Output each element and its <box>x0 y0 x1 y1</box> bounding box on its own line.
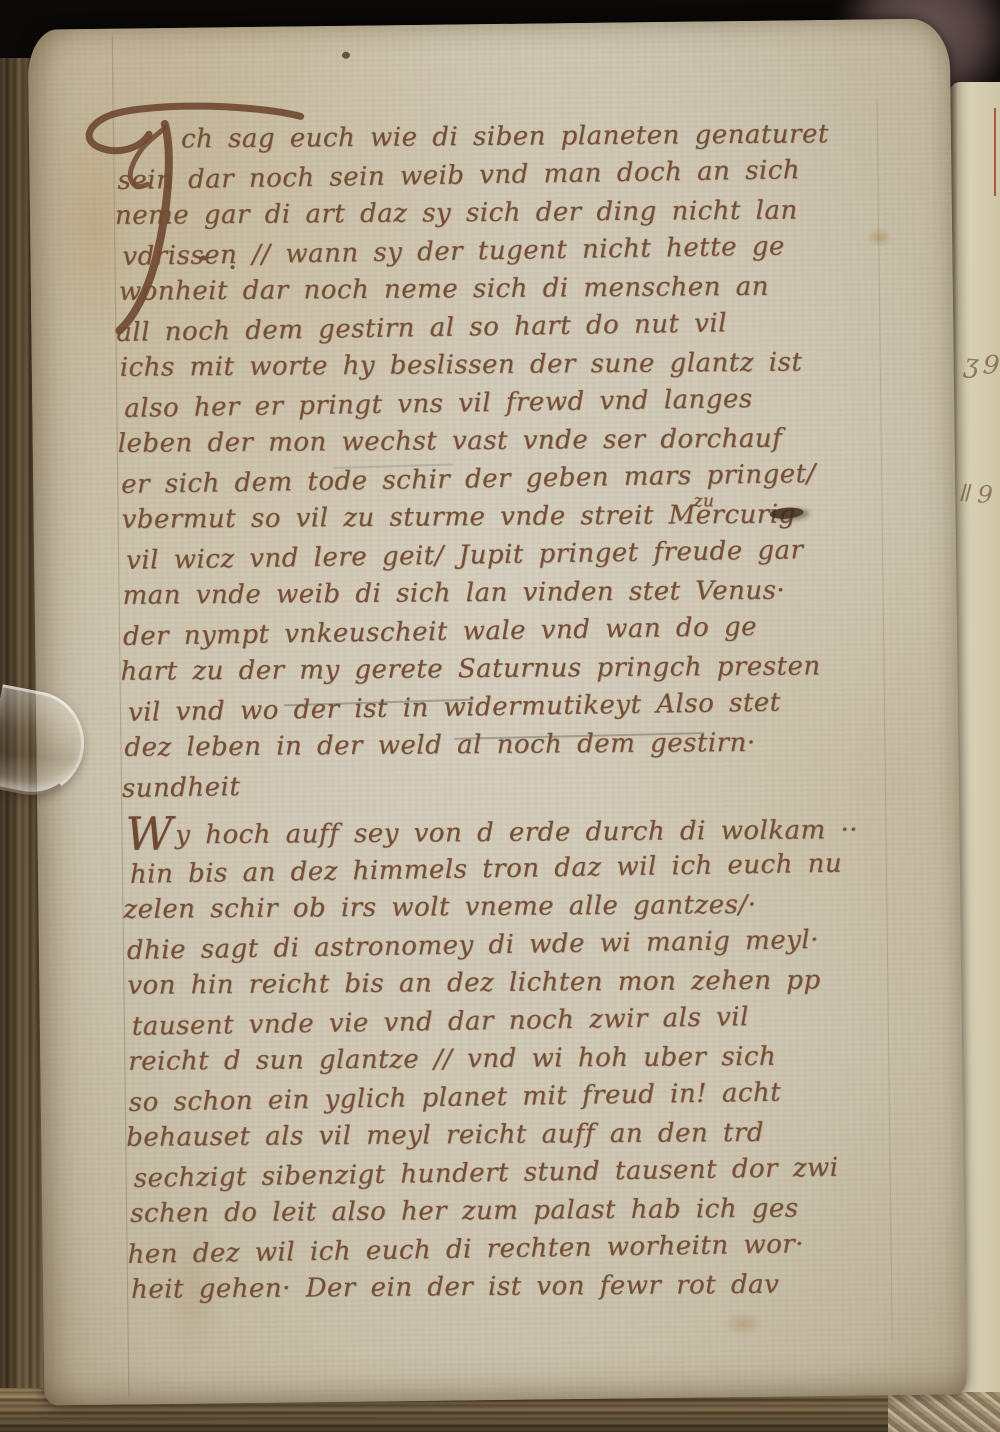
line-text: also her er pringt vns vil frewd vnd lan… <box>124 384 753 424</box>
line-text: schen do leit also her zum palast hab ic… <box>130 1194 799 1229</box>
line-text: hin bis an dez himmels tron daz wil ich … <box>130 849 843 890</box>
line-text: sechzigt sibenzigt hundert stund tausent… <box>133 1153 838 1194</box>
line-text: leben der mon wechst vast vnde ser dorch… <box>118 424 783 459</box>
line-text: dhie sagt di astronomey di wde wi manig … <box>127 925 819 966</box>
line-text: von hin reicht bis an dez lichten mon ze… <box>127 965 820 1000</box>
edge-ink-mark-lower: ǁ 9 <box>959 479 993 509</box>
line-text: ichs mit worte hy beslissen der sune gla… <box>120 348 803 383</box>
line-text: behauset als vil meyl reicht auff an den… <box>126 1118 764 1153</box>
line-text: all noch dem gestirn al so hart do nut v… <box>116 308 727 348</box>
initial-letter-W: W <box>125 806 173 860</box>
line-text: ch sag euch wie di siben planeten genatu… <box>181 119 829 154</box>
line-text: wonheit dar noch neme sich di menschen a… <box>119 272 769 307</box>
interlinear-addition: zu <box>693 482 714 520</box>
line-text: vil wicz vnd lere geit/ Jupit pringet fr… <box>126 535 804 576</box>
line-text: hen dez wil ich euch di rechten worheitn… <box>127 1229 804 1270</box>
manuscript-page: ch sag euch wie di siben planeten genatu… <box>28 18 967 1405</box>
line-text: man vnde weib di sich lan vinden stet Ve… <box>122 576 785 611</box>
line-text: der nympt vnkeuscheit wale vnd wan do ge <box>123 612 757 652</box>
line-text: heit gehen· Der ein der ist von fewr rot… <box>131 1270 779 1305</box>
line-text: vil vnd wo der ist in widermutikeyt Also… <box>128 688 781 728</box>
text-block: ch sag euch wie di siben planeten genatu… <box>117 113 903 1310</box>
line-text: vdrissen // wann sy der tugent nicht het… <box>122 231 785 271</box>
red-ruling-mark <box>994 108 996 196</box>
line-text: sein dar noch sein weib vnd man doch an … <box>117 155 800 196</box>
line-text: neme gar di art daz sy sich der ding nic… <box>115 196 798 231</box>
line-text: so schon ein yglich planet mit freud in!… <box>129 1078 782 1118</box>
line-text: hart zu der my gerete Saturnus pringch p… <box>120 651 820 686</box>
manuscript-photo: ʒ 9 ǁ 9 ch sag euch wie di siben planete… <box>0 0 1000 1432</box>
edge-ink-mark-upper: ʒ 9 <box>963 349 998 381</box>
ink-speck <box>342 52 350 59</box>
line-text: reicht d sun glantze // vnd wi hoh uber … <box>128 1042 776 1077</box>
line-text: zelen schir ob irs wolt vneme alle gantz… <box>123 890 756 925</box>
line-text: dez leben in der weld al noch dem gestir… <box>124 728 755 763</box>
line-text: tausent vnde vie vnd dar noch zwir als v… <box>132 1002 750 1042</box>
manuscript-line: heit gehen· Der ein der ist von fewr rot… <box>131 1265 903 1309</box>
line-text: sundheit <box>122 772 241 804</box>
